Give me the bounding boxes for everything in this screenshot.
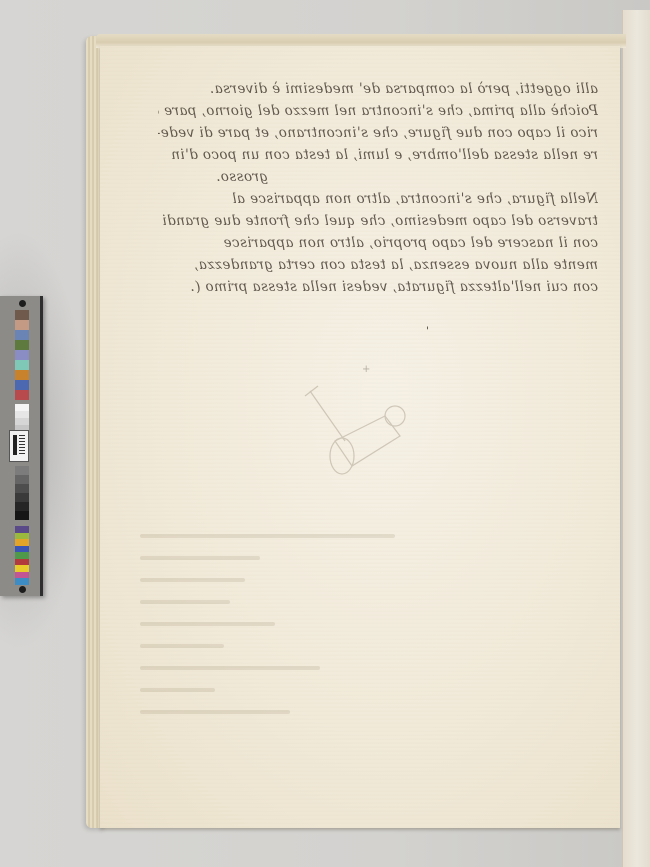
color-swatch: [15, 475, 29, 484]
handwriting-line: rico il capo con due figure, che s'incon…: [158, 122, 598, 144]
handwriting-line: con il nascere del capo proprio, altro n…: [158, 232, 598, 254]
color-swatch-strip: [15, 526, 29, 585]
color-swatch: [15, 380, 29, 390]
color-swatch: [15, 418, 29, 425]
color-swatch: [15, 320, 29, 330]
handwriting-line: traverso del capo medesimo, che quel che…: [158, 210, 598, 232]
bleed-through-lines: [140, 516, 440, 776]
facing-page-edge: [622, 10, 650, 867]
handwriting-line: con cui nell'altezza figurata, vedesi ne…: [158, 276, 598, 298]
dark-swatch-strip: [15, 466, 29, 520]
handwriting-line: Poichè alla prima, che s'incontra nel me…: [158, 100, 598, 122]
color-swatch: [15, 484, 29, 493]
color-swatch: [15, 404, 29, 411]
color-swatch: [15, 340, 29, 350]
color-swatch: [15, 411, 29, 418]
color-swatch: [15, 578, 29, 585]
color-swatch-strip: [15, 310, 29, 400]
color-swatch: [15, 370, 29, 380]
color-swatch: [15, 310, 29, 320]
handwriting-line: re nella stessa dell'ombre, e lumi, la t…: [158, 144, 598, 166]
handwriting-line: grosso.: [158, 166, 598, 188]
handwriting-line: alli oggetti, però la comparsa de' medes…: [158, 78, 598, 100]
target-label: [9, 430, 29, 462]
color-swatch: [15, 511, 29, 520]
registration-dot: [19, 586, 26, 593]
color-swatch: [15, 502, 29, 511]
registration-dot: [19, 300, 26, 307]
color-swatch: [15, 466, 29, 475]
color-swatch: [15, 390, 29, 400]
color-swatch: [15, 360, 29, 370]
color-calibration-target: [0, 296, 43, 596]
handwriting-line: Nella figura, che s'incontra, altro non …: [158, 188, 598, 210]
faint-tick-mark: ': [426, 326, 429, 337]
mirrored-handwriting: alli oggetti, però la comparsa de' medes…: [158, 78, 598, 298]
handwriting-line: mente alla nuova essenza, la testa con c…: [158, 254, 598, 276]
bleed-through-sketch-icon: [290, 356, 430, 496]
manuscript-page: alli oggetti, però la comparsa de' medes…: [100, 46, 620, 828]
color-swatch: [15, 493, 29, 502]
color-swatch: [15, 330, 29, 340]
color-swatch: [15, 350, 29, 360]
